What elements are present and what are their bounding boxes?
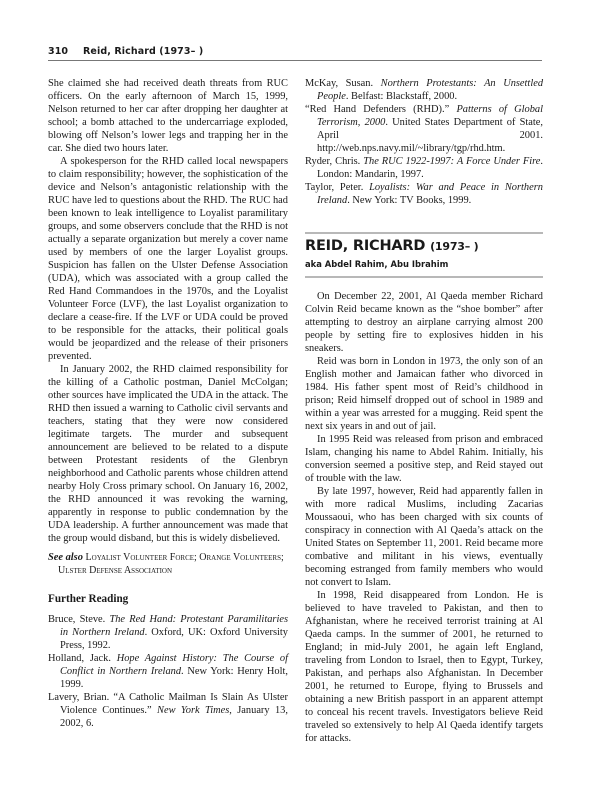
reference-item: Ryder, Chris. The RUC 1922-1997: A Force… (305, 155, 543, 181)
paragraph: On December 22, 2001, Al Qaeda member Ri… (305, 290, 543, 355)
reference-item: McKay, Susan. Northern Protestants: An U… (305, 77, 543, 103)
reference-item: Holland, Jack. Hope Against History: The… (48, 652, 288, 691)
left-column: She claimed she had received death threa… (48, 77, 288, 730)
see-also: See also Loyalist Volunteer Force; Orang… (48, 551, 288, 577)
entry-body: On December 22, 2001, Al Qaeda member Ri… (305, 290, 543, 745)
entry-dates: (1973– ) (430, 240, 478, 253)
entry-name: REID, RICHARD (305, 238, 425, 254)
ref-author: Holland, Jack. (48, 653, 117, 664)
ref-author: Ryder, Chris. (305, 156, 363, 167)
further-reading-heading: Further Reading (48, 593, 288, 606)
reference-item: Bruce, Steve. The Red Hand: Protestant P… (48, 613, 288, 652)
ref-author: “Red Hand Defenders (RHD).” (305, 104, 456, 115)
header-rule (48, 60, 542, 61)
paragraph: By late 1997, however, Reid had apparent… (305, 485, 543, 589)
ref-title: New York Times (157, 705, 229, 716)
page-number: 310 (48, 46, 68, 57)
entry-aka: aka Abdel Rahim, Abu Ibrahim (305, 258, 543, 271)
reference-item: Lavery, Brian. “A Catholic Mailman Is Sl… (48, 691, 288, 730)
entry-bottom-rule (305, 276, 543, 278)
ref-publication: . Belfast: Blackstaff, 2000. (346, 91, 457, 102)
paragraph: She claimed she had received death threa… (48, 77, 288, 155)
ref-author: Taylor, Peter. (305, 182, 369, 193)
see-also-refs: Loyalist Volunteer Force; Orange Volunte… (58, 552, 284, 576)
ref-author: McKay, Susan. (305, 78, 381, 89)
paragraph: A spokesperson for the RHD called local … (48, 155, 288, 363)
right-column: McKay, Susan. Northern Protestants: An U… (305, 77, 543, 745)
paragraph: In 1998, Reid disappeared from London. H… (305, 589, 543, 745)
running-head: 310 Reid, Richard (1973– ) (48, 44, 542, 60)
paragraph: Reid was born in London in 1973, the onl… (305, 355, 543, 433)
reference-item: “Red Hand Defenders (RHD).” Patterns of … (305, 103, 543, 155)
ref-publication: . New York: TV Books, 1999. (347, 195, 471, 206)
ref-title: The RUC 1922-1997: A Force Under Fire (363, 156, 540, 167)
paragraph: In January 2002, the RHD claimed respons… (48, 363, 288, 545)
running-head-title: Reid, Richard (1973– ) (83, 46, 203, 57)
reference-item: Taylor, Peter. Loyalists: War and Peace … (305, 181, 543, 207)
paragraph: In 1995 Reid was released from prison an… (305, 433, 543, 485)
ref-author: Bruce, Steve. (48, 614, 109, 625)
entry-top-rule (305, 232, 543, 234)
entry-title: REID, RICHARD (1973– ) (305, 240, 543, 253)
see-also-label: See also (48, 552, 83, 563)
